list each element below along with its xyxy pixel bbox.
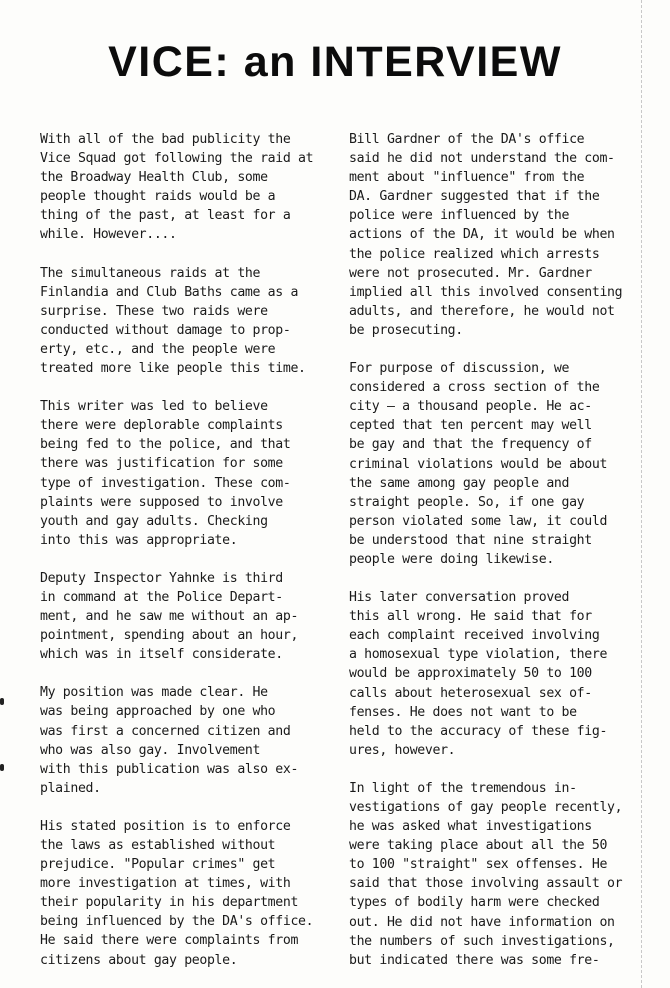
text-line: His later conversation proved xyxy=(349,588,645,607)
text-line: with this publication was also ex- xyxy=(40,760,336,779)
paragraph: This writer was led to believethere were… xyxy=(40,397,336,550)
text-line: straight people. So, if one gay xyxy=(349,493,645,512)
text-line: there was justification for some xyxy=(40,454,336,473)
text-line: calls about heterosexual sex of- xyxy=(349,684,645,703)
text-line: people thought raids would be a xyxy=(40,187,336,206)
text-line: erty, etc., and the people were xyxy=(40,340,336,359)
text-line: each complaint received involving xyxy=(349,626,645,645)
text-line: His stated position is to enforce xyxy=(40,817,336,836)
text-line: citizens about gay people. xyxy=(40,951,336,970)
text-line: cepted that ten percent may well xyxy=(349,416,645,435)
text-line: fenses. He does not want to be xyxy=(349,703,645,722)
text-line: pointment, spending about an hour, xyxy=(40,626,336,645)
text-line: police were influenced by the xyxy=(349,206,645,225)
text-line: into this was appropriate. xyxy=(40,531,336,550)
text-line: treated more like people this time. xyxy=(40,359,336,378)
text-line: types of bodily harm were checked xyxy=(349,893,645,912)
text-line: was first a concerned citizen and xyxy=(40,722,336,741)
text-line: implied all this involved consenting xyxy=(349,283,645,302)
text-line: ures, however. xyxy=(349,741,645,760)
text-line: who was also gay. Involvement xyxy=(40,741,336,760)
text-line: said he did not understand the com- xyxy=(349,149,645,168)
paragraph: Deputy Inspector Yahnke is thirdin comma… xyxy=(40,569,336,664)
text-line: This writer was led to believe xyxy=(40,397,336,416)
text-line: the same among gay people and xyxy=(349,474,645,493)
text-line: were taking place about all the 50 xyxy=(349,836,645,855)
text-line: the police realized which arrests xyxy=(349,245,645,264)
text-line: this all wrong. He said that for xyxy=(349,607,645,626)
text-line: criminal violations would be about xyxy=(349,455,645,474)
paragraph: The simultaneous raids at theFinlandia a… xyxy=(40,264,336,379)
text-line: he was asked what investigations xyxy=(349,817,645,836)
text-line: there were deplorable complaints xyxy=(40,416,336,435)
text-line: Vice Squad got following the raid at xyxy=(40,149,336,168)
text-line: considered a cross section of the xyxy=(349,378,645,397)
text-line: Bill Gardner of the DA's office xyxy=(349,130,645,149)
paragraph: His stated position is to enforcethe law… xyxy=(40,817,336,970)
text-line: to 100 "straight" sex offenses. He xyxy=(349,855,645,874)
text-line: the numbers of such investigations, xyxy=(349,932,645,951)
text-line: surprise. These two raids were xyxy=(40,302,336,321)
text-line: be gay and that the frequency of xyxy=(349,435,645,454)
text-line: but indicated there was some fre- xyxy=(349,951,645,970)
binding-hole-mark xyxy=(0,764,4,771)
text-line: prejudice. "Popular crimes" get xyxy=(40,855,336,874)
text-line: be prosecuting. xyxy=(349,321,645,340)
text-line: was being approached by one who xyxy=(40,702,336,721)
text-line: be understood that nine straight xyxy=(349,531,645,550)
text-line: more investigation at times, with xyxy=(40,874,336,893)
text-line: while. However.... xyxy=(40,225,336,244)
text-line: were not prosecuted. Mr. Gardner xyxy=(349,264,645,283)
text-line: plaints were supposed to involve xyxy=(40,493,336,512)
text-line: held to the accuracy of these fig- xyxy=(349,722,645,741)
text-line: ment about "influence" from the xyxy=(349,168,645,187)
text-line: My position was made clear. He xyxy=(40,683,336,702)
text-line: in command at the Police Depart- xyxy=(40,588,336,607)
text-line: The simultaneous raids at the xyxy=(40,264,336,283)
text-line: Finlandia and Club Baths came as a xyxy=(40,283,336,302)
text-line: In light of the tremendous in- xyxy=(349,779,645,798)
text-line: which was in itself considerate. xyxy=(40,645,336,664)
article-title: VICE: an INTERVIEW xyxy=(0,38,670,87)
text-line: person violated some law, it could xyxy=(349,512,645,531)
text-line: out. He did not have information on xyxy=(349,913,645,932)
page-margin-rule xyxy=(641,0,642,988)
text-line: Deputy Inspector Yahnke is third xyxy=(40,569,336,588)
paragraph: My position was made clear. Hewas being … xyxy=(40,683,336,798)
text-line: would be approximately 50 to 100 xyxy=(349,664,645,683)
text-line: DA. Gardner suggested that if the xyxy=(349,187,645,206)
text-line: He said there were complaints from xyxy=(40,931,336,950)
text-line: people were doing likewise. xyxy=(349,550,645,569)
text-line: the laws as established without xyxy=(40,836,336,855)
paragraph: Bill Gardner of the DA's officesaid he d… xyxy=(349,130,645,340)
right-column: Bill Gardner of the DA's officesaid he d… xyxy=(349,130,645,988)
text-line: being fed to the police, and that xyxy=(40,435,336,454)
text-line: a homosexual type violation, there xyxy=(349,645,645,664)
paragraph: For purpose of discussion, weconsidered … xyxy=(349,359,645,569)
text-line: youth and gay adults. Checking xyxy=(40,512,336,531)
left-column: With all of the bad publicity theVice Sq… xyxy=(40,130,336,988)
text-line: conducted without damage to prop- xyxy=(40,321,336,340)
binding-hole-mark xyxy=(0,698,4,705)
text-line: said that those involving assault or xyxy=(349,874,645,893)
text-line: plained. xyxy=(40,779,336,798)
paragraph: With all of the bad publicity theVice Sq… xyxy=(40,130,336,245)
text-line: thing of the past, at least for a xyxy=(40,206,336,225)
paragraph: In light of the tremendous in-vestigatio… xyxy=(349,779,645,970)
text-line: ment, and he saw me without an ap- xyxy=(40,607,336,626)
text-line: adults, and therefore, he would not xyxy=(349,302,645,321)
text-line: being influenced by the DA's office. xyxy=(40,912,336,931)
text-line: For purpose of discussion, we xyxy=(349,359,645,378)
text-line: their popularity in his department xyxy=(40,893,336,912)
text-line: With all of the bad publicity the xyxy=(40,130,336,149)
text-line: city — a thousand people. He ac- xyxy=(349,397,645,416)
text-line: type of investigation. These com- xyxy=(40,474,336,493)
text-line: the Broadway Health Club, some xyxy=(40,168,336,187)
paragraph: His later conversation provedthis all wr… xyxy=(349,588,645,760)
text-line: actions of the DA, it would be when xyxy=(349,225,645,244)
text-line: vestigations of gay people recently, xyxy=(349,798,645,817)
